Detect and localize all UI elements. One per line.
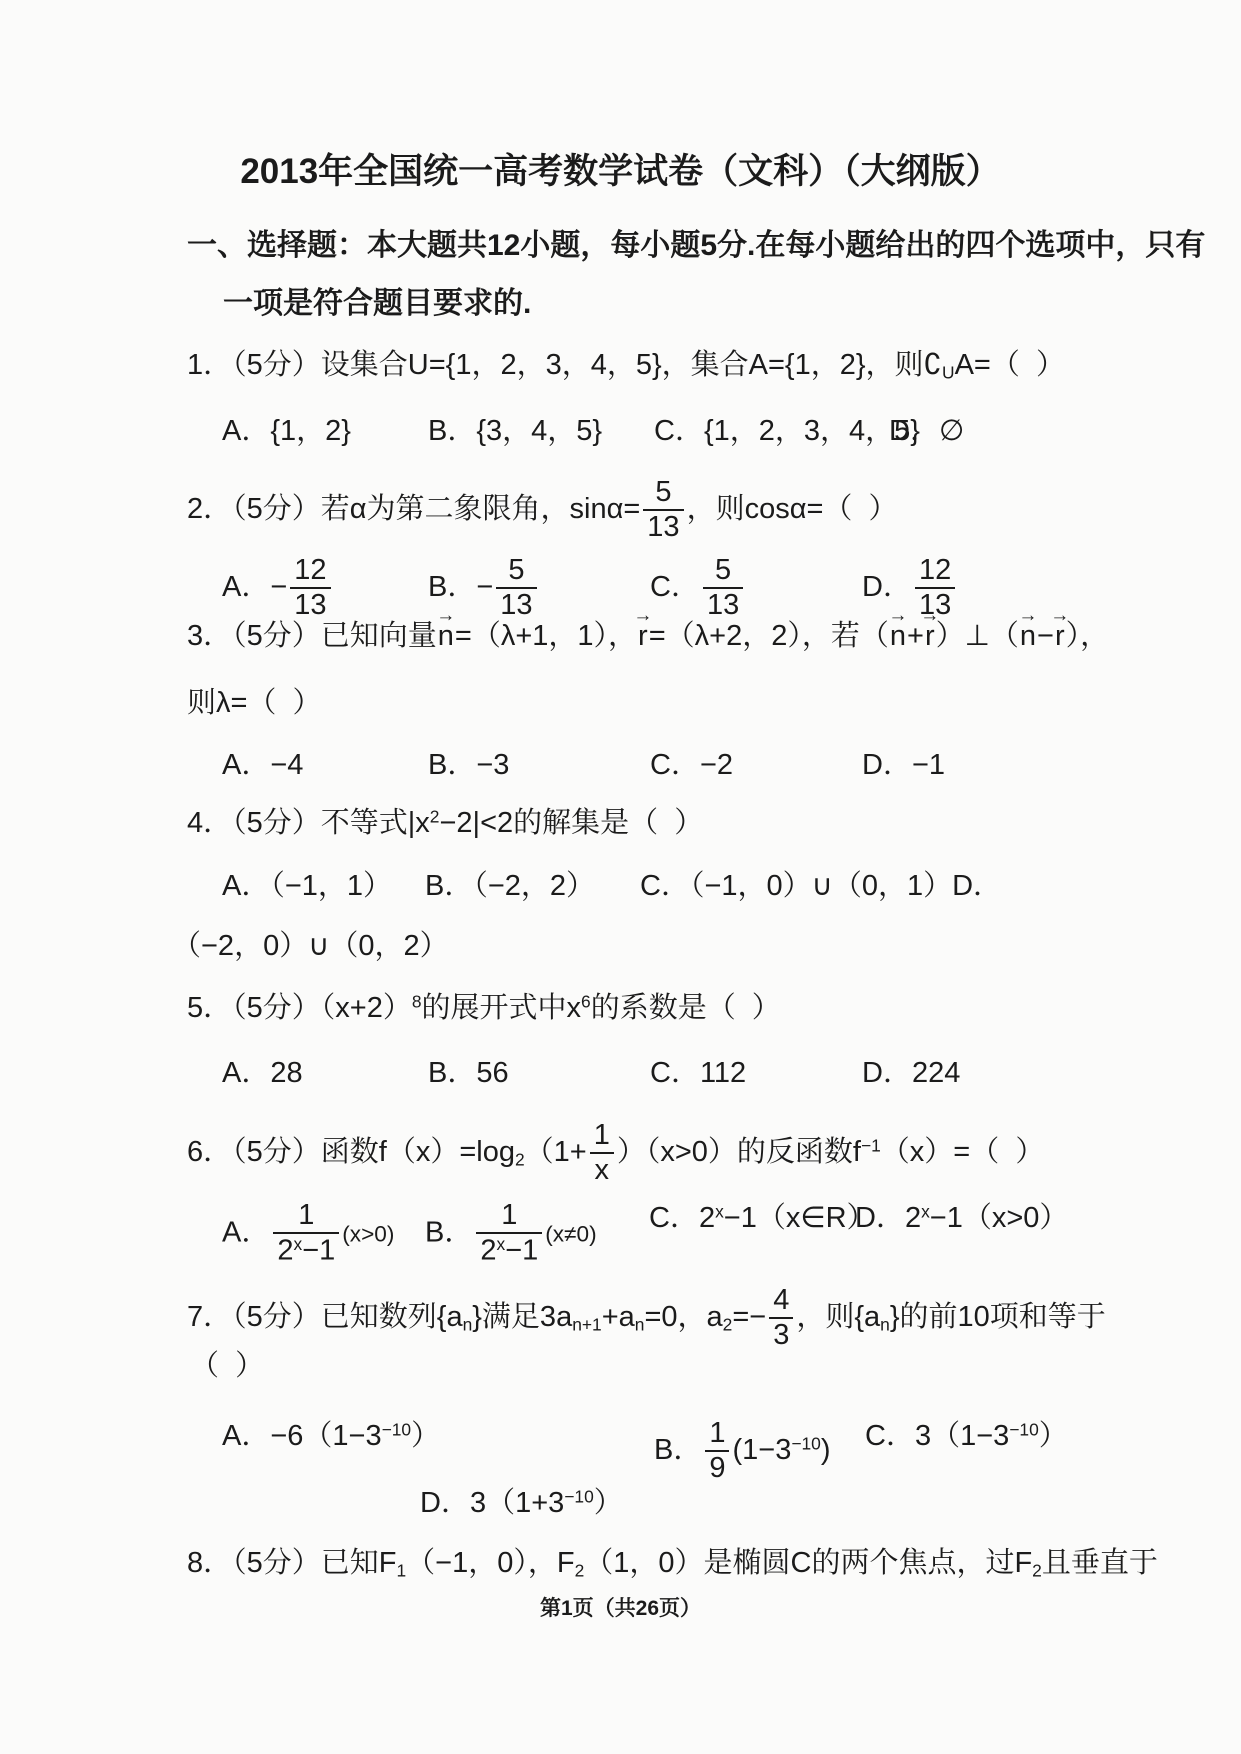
fraction-denominator: 13 <box>290 589 330 621</box>
fraction: 12x−1 <box>476 1200 542 1267</box>
text-run: =（λ+1，1）， <box>455 620 637 652</box>
text-run: ）， <box>1066 620 1110 652</box>
vector-symbol: →n <box>890 618 906 654</box>
subscript: 2 <box>1032 1560 1042 1580</box>
fraction-numerator: 5 <box>496 555 536 589</box>
text-run: A．− <box>222 571 287 603</box>
q2-options-item: A．−1213 <box>222 555 334 622</box>
text-run: 2 <box>277 1235 293 1267</box>
text-run: ，则cosα=（ ） <box>687 493 898 525</box>
q4-stem-item: 4．（5分）不等式|x2−2|<2的解集是（ ） <box>187 805 703 841</box>
text-run: ，则{a <box>796 1301 880 1333</box>
fraction-numerator: 1 <box>273 1200 339 1234</box>
section-header-line1-item: 一、选择题：本大题共12小题，每小题5分.在每小题给出的四个选项中，只有 <box>187 227 1205 265</box>
text-run: B．−3 <box>428 749 509 781</box>
text-run: 9 <box>709 1452 725 1484</box>
small-text-run: (x≠0) <box>545 1221 596 1246</box>
text-run: (1−3 <box>732 1434 791 1466</box>
text-run: ）⊥（ <box>936 620 1019 652</box>
text-run: 13 <box>707 589 739 621</box>
text-run: （ ） <box>190 1350 264 1382</box>
text-run: 13 <box>647 511 679 543</box>
text-run: 6．（5分）函数f（x）=log <box>187 1136 515 1168</box>
text-run: 1 <box>501 1199 517 1231</box>
subscript: 1 <box>396 1560 406 1580</box>
fraction-denominator: 9 <box>705 1452 729 1484</box>
text-run: 一项是符合题目要求的. <box>223 287 531 320</box>
text-run: 2．（5分）若α为第二象限角，sinα= <box>187 493 640 525</box>
superscript: x <box>293 1234 302 1254</box>
text-run: ） <box>1039 1420 1068 1452</box>
text-run: 4 <box>773 1284 789 1316</box>
q1-options-item: C．{1，2，3，4，5} <box>654 413 920 449</box>
q1-options-item: B．{3，4，5} <box>428 413 602 449</box>
fraction-numerator: 5 <box>703 555 743 589</box>
text-run: A． <box>222 1216 270 1248</box>
text-run: C．{1，2，3，4，5} <box>654 415 920 447</box>
text-run: 5 <box>655 476 671 508</box>
page-footer: 第1页（共26页） <box>0 1596 1241 1622</box>
text-run: 一、选择题：本大题共12小题，每小题5分.在每小题给出的四个选项中，只有 <box>187 229 1205 262</box>
fraction: 19 <box>705 1418 729 1485</box>
text-run: ）（x>0）的反函数f <box>617 1136 861 1168</box>
fraction: 43 <box>769 1285 793 1352</box>
q6-options-item: B．12x−1(x≠0) <box>425 1200 597 1267</box>
page-footer-item: 第1页（共26页） <box>540 1596 701 1622</box>
fraction: 513 <box>703 555 743 622</box>
text-run: +a <box>602 1301 635 1333</box>
superscript: −1 <box>861 1135 881 1155</box>
superscript: −10 <box>1009 1419 1039 1439</box>
fraction-numerator: 12 <box>915 555 955 589</box>
q1-stem-item: 1．（5分）设集合U={1，2，3，4，5}，集合A={1，2}，则∁UA=（ … <box>187 347 1065 384</box>
q3-options-item: C．−2 <box>650 747 733 783</box>
fraction-denominator: 2x−1 <box>273 1234 339 1267</box>
text-run: D．−1 <box>862 749 945 781</box>
text-run: 12 <box>919 554 951 586</box>
text-run: 的展开式中x <box>422 992 582 1024</box>
text-run: 5 <box>715 554 731 586</box>
text-run: 则λ=（ ） <box>187 687 322 719</box>
text-run: C．2 <box>649 1202 715 1234</box>
text-run: =− <box>732 1301 766 1333</box>
q2-options-item: C．513 <box>650 555 746 622</box>
q7-stem-item: 7．（5分）已知数列{an}满足3an+1+an=0，a2=−43，则{an}的… <box>187 1285 1106 1352</box>
superscript: x <box>921 1201 930 1221</box>
q3-options-item: A．−4 <box>222 747 303 783</box>
text-run: 3 <box>773 1319 789 1351</box>
q3-stem-item: 3．（5分）已知向量→n=（λ+1，1），→r=（λ+2，2），若（→n+→r）… <box>187 618 1109 654</box>
text-run: 且垂直于 <box>1042 1547 1158 1579</box>
q1-options-item: A．{1，2} <box>222 413 351 449</box>
fraction: 513 <box>643 477 683 544</box>
fraction: 1213 <box>290 555 330 622</box>
text-run: （−2，0）∪（0，2） <box>172 930 449 962</box>
superscript: 8 <box>412 991 422 1011</box>
fraction-numerator: 5 <box>643 477 683 511</box>
text-run: 的系数是（ ） <box>591 992 781 1024</box>
q4-options-item: B．（−2，2） <box>425 868 595 904</box>
text-run: B．{3，4，5} <box>428 415 602 447</box>
page-title-item: 2013年全国统一高考数学试卷（文科）（大纲版） <box>240 150 1000 194</box>
text-run: 1 <box>298 1199 314 1231</box>
text-run: C．−2 <box>650 749 733 781</box>
text-run: C．112 <box>650 1057 746 1089</box>
text-run: ） <box>594 1487 623 1519</box>
fraction-numerator: 12 <box>290 555 330 589</box>
text-run: 1 <box>594 1119 610 1151</box>
vector-symbol: →n <box>438 618 454 654</box>
superscript: x <box>496 1234 505 1254</box>
vector-symbol: →r <box>638 618 648 654</box>
text-run: −2|<2的解集是（ ） <box>439 807 703 839</box>
vector-arrow-icon: → <box>920 606 939 625</box>
vector-arrow-icon: → <box>888 606 907 625</box>
q5-options-item: C．112 <box>650 1055 746 1091</box>
text-run: 5 <box>508 554 524 586</box>
text-run: A．28 <box>222 1057 303 1089</box>
text-run: A．{1，2} <box>222 415 351 447</box>
text-run: −1（x>0） <box>930 1202 1069 1234</box>
text-run: C．（−1，0）∪（0，1）D． <box>640 870 1002 902</box>
vector-arrow-icon: → <box>1018 606 1037 625</box>
fraction-numerator: 1 <box>705 1418 729 1452</box>
q3-stem-line2-item: 则λ=（ ） <box>187 685 322 721</box>
text-run: 7．（5分）已知数列{a <box>187 1301 463 1333</box>
q2-stem-item: 2．（5分）若α为第二象限角，sinα=513，则cosα=（ ） <box>187 477 898 544</box>
q1-options-item: D．∅ <box>889 413 964 449</box>
text-run: }满足3a <box>472 1301 572 1333</box>
vector-arrow-icon: → <box>436 606 455 625</box>
text-run: B．56 <box>428 1057 509 1089</box>
text-run: A．−6（1−3 <box>222 1420 382 1452</box>
q6-options-item: C．2x−1（x∈R） <box>649 1200 876 1236</box>
text-run: 12 <box>294 554 326 586</box>
text-run: C．3（1−3 <box>865 1420 1009 1452</box>
fraction: 513 <box>496 555 536 622</box>
small-text-run: (x>0) <box>342 1221 394 1246</box>
q5-stem-item: 5．（5分）（x+2）8的展开式中x6的系数是（ ） <box>187 990 781 1026</box>
text-run: D．3（1+3 <box>420 1487 564 1519</box>
subscript: n <box>635 1314 645 1334</box>
q4-option-d-cont-item: （−2，0）∪（0，2） <box>172 928 449 964</box>
q7-stem-line2-item: （ ） <box>190 1348 264 1384</box>
q6-options-item: A．12x−1(x>0) <box>222 1200 394 1267</box>
q5-options-item: D．224 <box>862 1055 960 1091</box>
subscript: n <box>463 1314 473 1334</box>
fraction-numerator: 4 <box>769 1285 793 1319</box>
q6-stem-item: 6．（5分）函数f（x）=log2（1+1x）（x>0）的反函数f−1（x）=（… <box>187 1120 1044 1187</box>
fraction-numerator: 1 <box>590 1120 614 1154</box>
text-run: D．2 <box>855 1202 921 1234</box>
exam-paper-page: 2013年全国统一高考数学试卷（文科）（大纲版）一、选择题：本大题共12小题，每… <box>0 0 1241 1754</box>
text-run: B．− <box>428 571 493 603</box>
fraction-denominator: 13 <box>496 589 536 621</box>
text-run: }的前10项和等于 <box>890 1301 1106 1333</box>
q6-options-item: D．2x−1（x>0） <box>855 1200 1068 1236</box>
text-run: 4．（5分）不等式|x <box>187 807 430 839</box>
subscript: n <box>880 1314 890 1334</box>
subscript: n+1 <box>572 1314 602 1334</box>
text-run: D．∅ <box>889 415 964 447</box>
subscript: 2 <box>575 1560 585 1580</box>
text-run: −1 <box>505 1235 538 1267</box>
q7-options-abc-item: A．−6（1−3−10） <box>222 1418 440 1454</box>
fraction-numerator: 1 <box>476 1200 542 1234</box>
text-run: （x）=（ ） <box>881 1136 1045 1168</box>
vector-symbol: →r <box>925 618 935 654</box>
subscript: U <box>942 362 955 382</box>
q7-option-d-item: D．3（1+3−10） <box>420 1485 623 1521</box>
text-run: ) <box>821 1434 831 1466</box>
subscript: 2 <box>723 1314 733 1334</box>
text-run: 2 <box>480 1235 496 1267</box>
q2-options-item: D．1213 <box>862 555 958 622</box>
text-run: （−1，0），F <box>406 1547 574 1579</box>
text-run: 13 <box>500 589 532 621</box>
superscript: 6 <box>581 991 591 1011</box>
text-run: C． <box>650 571 700 603</box>
text-run: D． <box>862 571 912 603</box>
text-run: =0，a <box>644 1301 722 1333</box>
text-run: 1 <box>709 1417 725 1449</box>
vector-symbol: →r <box>1055 618 1065 654</box>
page-title: 2013年全国统一高考数学试卷（文科）（大纲版） <box>0 150 1241 194</box>
q7-options-abc-item: B．19(1−3−10) <box>654 1418 831 1485</box>
q5-options-item: A．28 <box>222 1055 303 1091</box>
q7-options-abc-item: C．3（1−3−10） <box>865 1418 1068 1454</box>
vector-arrow-icon: → <box>633 606 652 625</box>
q3-options-item: D．−1 <box>862 747 945 783</box>
q4-options-item: C．（−1，0）∪（0，1）D． <box>640 868 1002 904</box>
section-header-line2-item: 一项是符合题目要求的. <box>223 285 531 323</box>
q3-options-item: B．−3 <box>428 747 509 783</box>
text-run: A=（ ） <box>955 349 1065 381</box>
text-run: B． <box>425 1216 473 1248</box>
fraction-denominator: 2x−1 <box>476 1234 542 1267</box>
text-run: （1，0）是椭圆C的两个焦点，过F <box>584 1547 1032 1579</box>
vector-arrow-icon: → <box>1050 606 1069 625</box>
text-run: 1．（5分）设集合U={1，2，3，4，5}，集合A={1，2}，则∁ <box>187 349 942 381</box>
fraction: 12x−1 <box>273 1200 339 1267</box>
text-run: B．（−2，2） <box>425 870 595 902</box>
q8-stem-item: 8．（5分）已知F1（−1，0），F2（1，0）是椭圆C的两个焦点，过F2且垂直… <box>187 1545 1158 1582</box>
text-run: 3．（5分）已知向量 <box>187 620 437 652</box>
subscript: 2 <box>515 1149 525 1169</box>
text-run: 5．（5分）（x+2） <box>187 992 412 1024</box>
text-run: B． <box>654 1434 702 1466</box>
superscript: x <box>715 1201 724 1221</box>
text-run: 2013年全国统一高考数学试卷（文科）（大纲版） <box>240 152 1000 191</box>
fraction: 1x <box>590 1120 614 1187</box>
text-run: 13 <box>294 589 326 621</box>
text-run: A．（−1，1） <box>222 870 392 902</box>
vector-symbol: →n <box>1020 618 1036 654</box>
superscript: −10 <box>382 1419 412 1439</box>
text-run: A．−4 <box>222 749 303 781</box>
superscript: −10 <box>564 1486 594 1506</box>
fraction-denominator: 13 <box>643 511 683 543</box>
text-run: 第1页（共26页） <box>540 1597 701 1620</box>
text-run: ） <box>411 1420 440 1452</box>
text-run: （1+ <box>525 1136 587 1168</box>
q4-options-item: A．（−1，1） <box>222 868 392 904</box>
text-run: x <box>595 1154 610 1186</box>
fraction-denominator: x <box>590 1154 614 1186</box>
text-run: −1（x∈R） <box>724 1202 876 1234</box>
fraction-denominator: 3 <box>769 1319 793 1351</box>
q5-options-item: B．56 <box>428 1055 509 1091</box>
text-run: −1 <box>302 1235 335 1267</box>
fraction-denominator: 13 <box>703 589 743 621</box>
text-run: 8．（5分）已知F <box>187 1547 396 1579</box>
superscript: −10 <box>791 1433 821 1453</box>
text-run: =（λ+2，2），若（ <box>649 620 889 652</box>
text-run: D．224 <box>862 1057 960 1089</box>
